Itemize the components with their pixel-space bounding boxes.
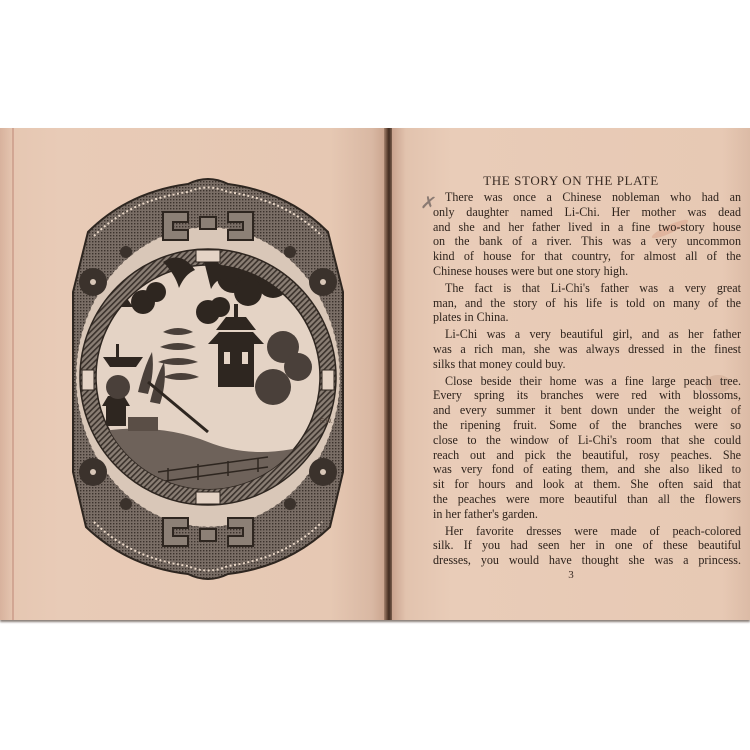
text-line: Li-Chi was a very beautiful girl, and as… [433,327,741,342]
paragraph: There was once a Chinese nobleman who ha… [433,190,741,279]
page-edge [12,128,14,620]
text-line: reach out and pick the beautiful, rosy p… [433,448,741,463]
text-line: plates in China. [433,310,741,325]
paragraph: Li-Chi was a very beautiful girl, and as… [433,327,741,371]
text-line: The fact is that Li-Chi's father was a v… [433,281,741,296]
text-line: only daughter named Li-Chi. Her mother w… [433,205,741,220]
chapter-title: THE STORY ON THE PLATE [392,173,750,189]
story-text: There was once a Chinese nobleman who ha… [433,190,741,570]
paragraph: Her favorite dresses were made of peach-… [433,524,741,568]
text-line: and she and her father lived in a fine t… [433,220,741,235]
text-line: close to the window of Li-Chi's room tha… [433,433,741,448]
text-line: Chinese houses were but one story high. [433,264,741,279]
illustration-signature: E.W. [320,419,333,425]
text-line: There was once a Chinese nobleman who ha… [433,190,741,205]
text-line: was very fond of eating them, and she al… [433,462,741,477]
text-line: the ripening fruit. Some of the branches… [433,418,741,433]
text-line: in her father's garden. [433,507,741,522]
willow-pattern-plate-illustration [68,172,348,586]
text-line: Every spring its branches were red with … [433,388,741,403]
paragraph: The fact is that Li-Chi's father was a v… [433,281,741,325]
text-line: man, and the story of his life is told o… [433,296,741,311]
page-number: 3 [392,569,750,581]
text-line: and every summer it bent down under the … [433,403,741,418]
text-line: kind of house for that country, for almo… [433,249,741,264]
left-page [0,128,386,620]
text-line: Close beside their home was a fine large… [433,374,741,389]
paragraph: Close beside their home was a fine large… [433,374,741,522]
text-line: silk. If you had seen her in one of thes… [433,538,741,553]
text-line: was a rich man, she was always dressed i… [433,342,741,357]
text-line: dresses, you would have thought she was … [433,553,741,568]
text-line: silks that money could buy. [433,357,741,372]
text-line: sit for hours and look at them. She ofte… [433,477,741,492]
text-line: on the bank of a river. This was a very … [433,234,741,249]
text-line: the peaches were more beautiful than all… [433,492,741,507]
text-line: Her favorite dresses were made of peach-… [433,524,741,539]
